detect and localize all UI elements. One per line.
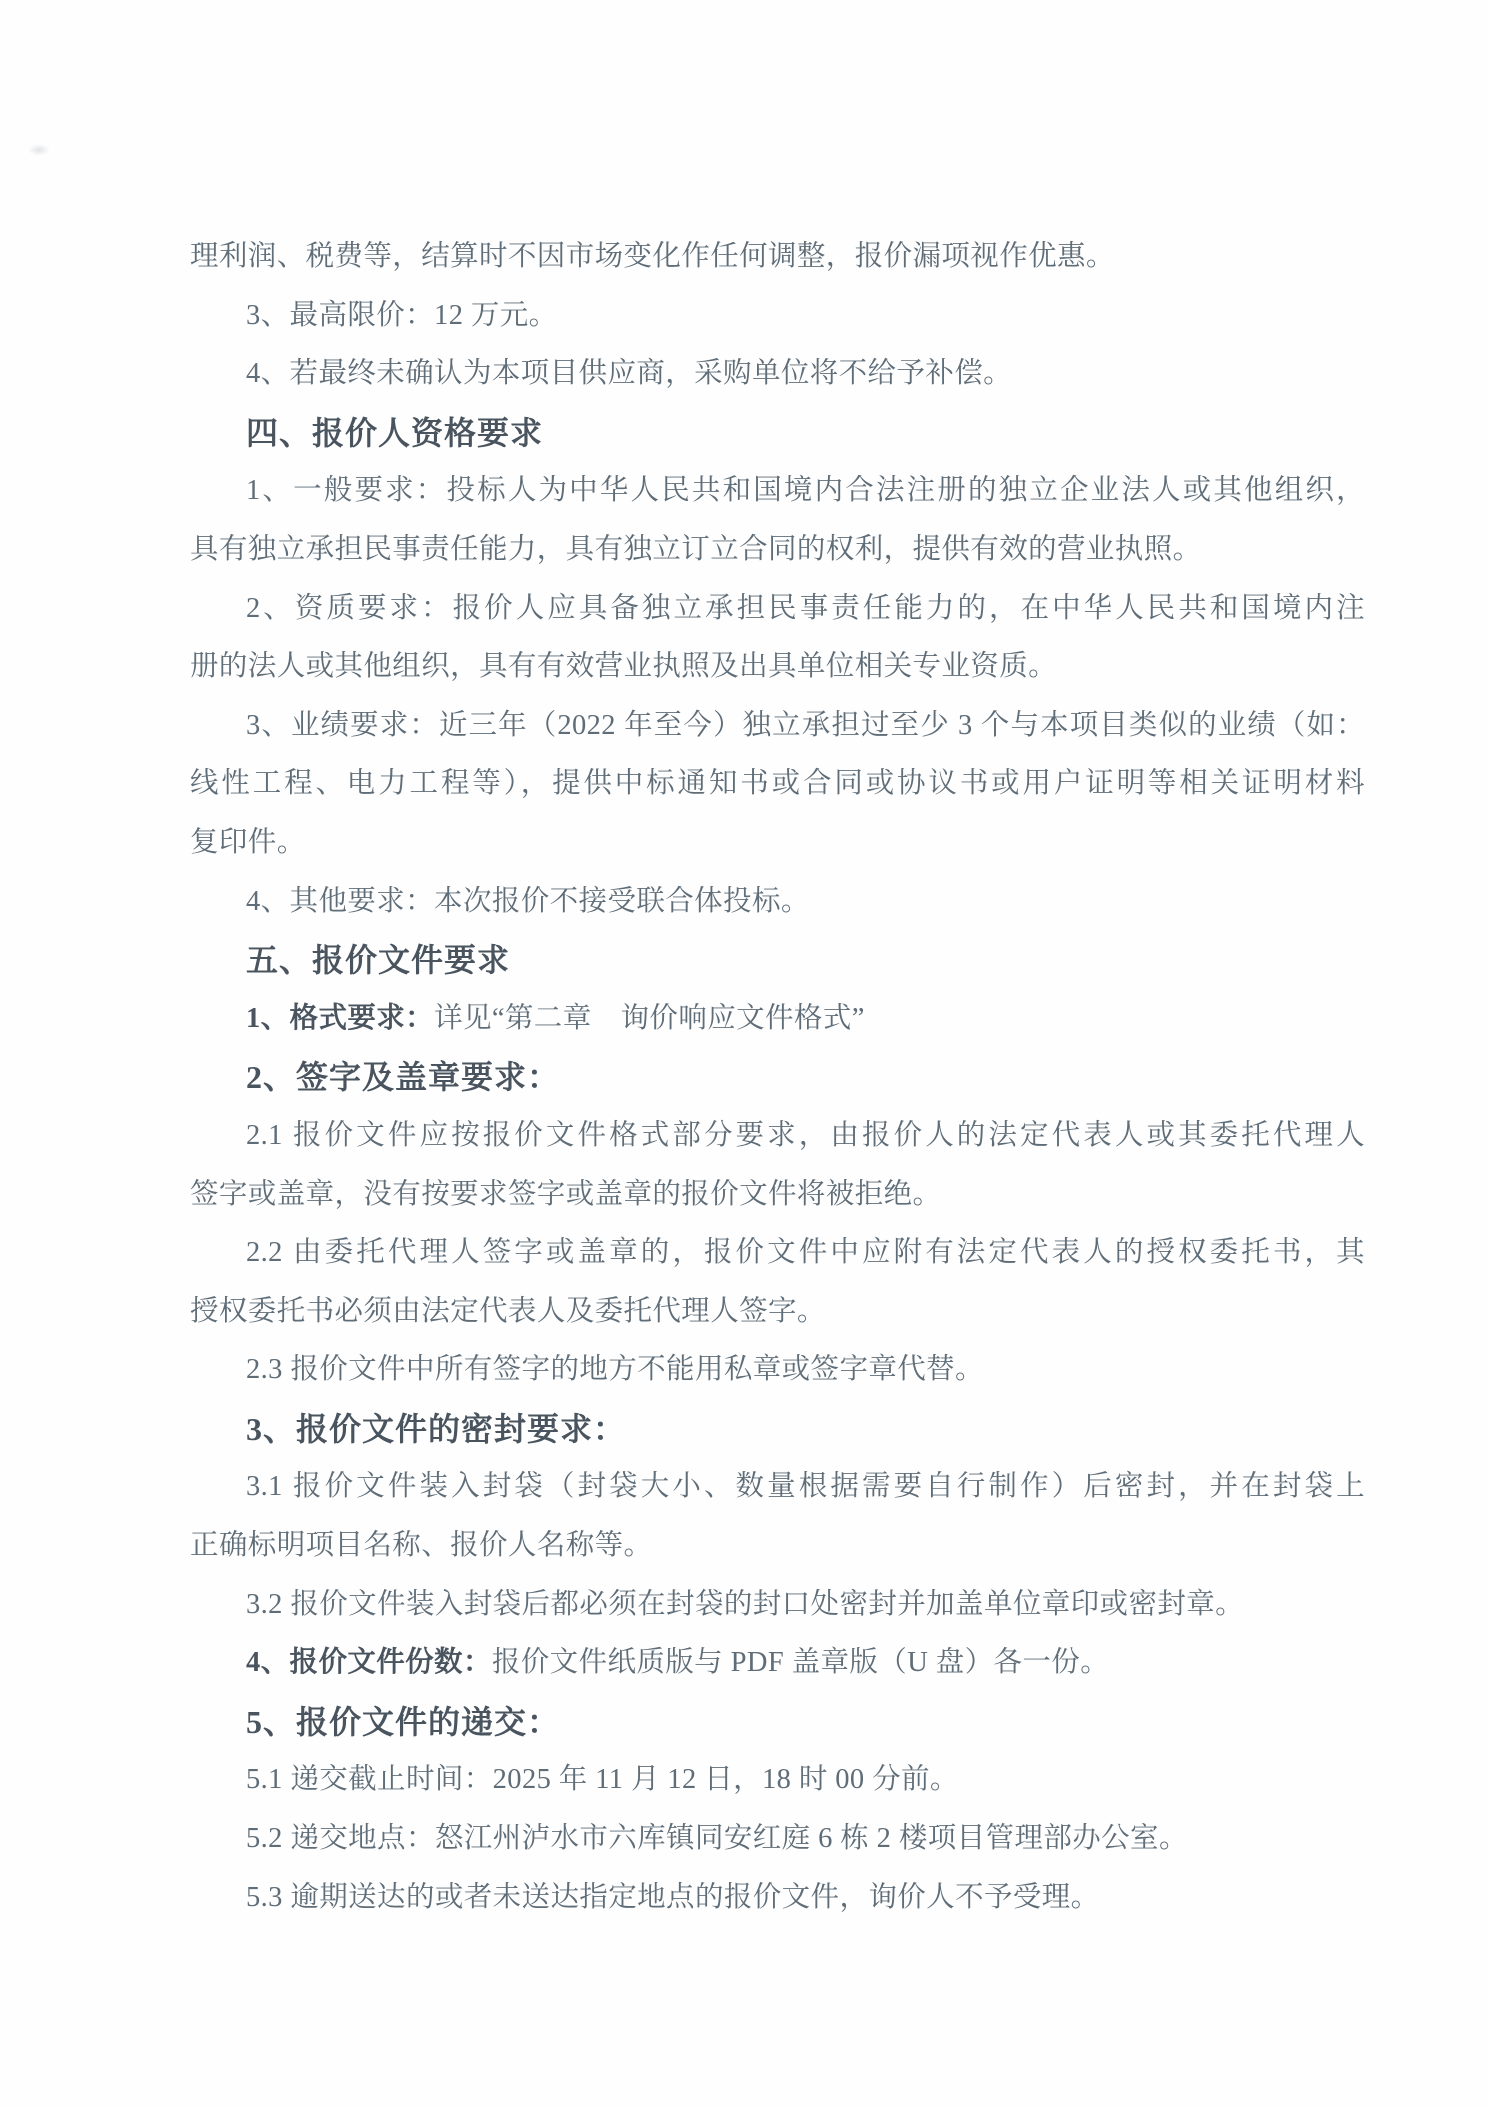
text-segment: 4、其他要求：本次报价不接受联合体投标。 [246, 886, 810, 917]
text-segment: 2、资质要求：报价人应具备独立承担民事责任能力的，在中华人民共和国境内注 [246, 593, 1365, 624]
text-segment: 详见“第二章 询价响应文件格式” [434, 1003, 865, 1034]
bold-text-segment: 四、报价人资格要求 [246, 415, 543, 451]
text-segment: 报价文件纸质版与 PDF 盖章版（U 盘）各一份。 [492, 1647, 1109, 1678]
text-line: 1、一般要求：投标人为中华人民共和国境内合法注册的独立企业法人或其他组织， [190, 462, 1365, 521]
text-segment: 正确标明项目名称、报价人名称等。 [190, 1530, 652, 1561]
text-segment: 3、最高限价：12 万元。 [246, 300, 558, 331]
section-heading-line: 五、报价文件要求 [190, 931, 1365, 990]
text-segment: 2.2 由委托代理人签字或盖章的，报价文件中应附有法定代表人的授权委托书，其 [246, 1237, 1365, 1268]
bold-text-segment: 4、报价文件份数： [246, 1647, 492, 1678]
text-segment: 4、若最终未确认为本项目供应商，采购单位将不给予补偿。 [246, 358, 1012, 389]
text-segment: 2.1 报价文件应按报价文件格式部分要求，由报价人的法定代表人或其委托代理人 [246, 1120, 1365, 1151]
document-content: 理利润、税费等，结算时不因市场变化作任何调整，报价漏项视作优惠。3、最高限价：1… [190, 228, 1365, 1927]
text-segment: 5.2 递交地点：怒江州泸水市六库镇同安红庭 6 栋 2 楼项目管理部办公室。 [246, 1823, 1188, 1854]
bold-text-segment: 1、格式要求： [246, 1003, 434, 1034]
text-segment: 签字或盖章，没有按要求签字或盖章的报价文件将被拒绝。 [190, 1179, 941, 1210]
text-line: 2.2 由委托代理人签字或盖章的，报价文件中应附有法定代表人的授权委托书，其 [190, 1224, 1365, 1283]
text-line: 理利润、税费等，结算时不因市场变化作任何调整，报价漏项视作优惠。 [190, 228, 1365, 287]
bold-text-segment: 3、报价文件的密封要求： [246, 1411, 626, 1447]
text-line: 册的法人或其他组织，具有有效营业执照及出具单位相关专业资质。 [190, 638, 1365, 697]
text-segment: 5.3 逾期送达的或者未送达指定地点的报价文件，询价人不予受理。 [246, 1882, 1100, 1913]
text-line: 线性工程、电力工程等），提供中标通知书或合同或协议书或用户证明等相关证明材料 [190, 755, 1365, 814]
text-segment: 线性工程、电力工程等），提供中标通知书或合同或协议书或用户证明等相关证明材料 [190, 768, 1365, 799]
text-segment: 3、业绩要求：近三年（2022 年至今）独立承担过至少 3 个与本项目类似的业绩… [246, 710, 1365, 741]
text-segment: 复印件。 [190, 827, 306, 858]
text-segment: 册的法人或其他组织，具有有效营业执照及出具单位相关专业资质。 [190, 651, 1057, 682]
text-line: 授权委托书必须由法定代表人及委托代理人签字。 [190, 1283, 1365, 1342]
text-line: 3.2 报价文件装入封袋后都必须在封袋的封口处密封并加盖单位章印或密封章。 [190, 1576, 1365, 1635]
text-line: 3、最高限价：12 万元。 [190, 287, 1365, 346]
text-line: 正确标明项目名称、报价人名称等。 [190, 1517, 1365, 1576]
bold-text-segment: 五、报价文件要求 [246, 942, 510, 978]
text-line: 5.3 逾期送达的或者未送达指定地点的报价文件，询价人不予受理。 [190, 1869, 1365, 1928]
text-segment: 3.2 报价文件装入封袋后都必须在封袋的封口处密封并加盖单位章印或密封章。 [246, 1589, 1244, 1620]
text-line: 复印件。 [190, 814, 1365, 873]
section-heading-line: 3、报价文件的密封要求： [190, 1400, 1365, 1459]
text-segment: 具有独立承担民事责任能力，具有独立订立合同的权利，提供有效的营业执照。 [190, 534, 1202, 565]
text-line: 签字或盖章，没有按要求签字或盖章的报价文件将被拒绝。 [190, 1166, 1365, 1225]
scan-artifact [28, 144, 50, 156]
text-line: 3、业绩要求：近三年（2022 年至今）独立承担过至少 3 个与本项目类似的业绩… [190, 697, 1365, 756]
text-segment: 理利润、税费等，结算时不因市场变化作任何调整，报价漏项视作优惠。 [190, 241, 1115, 272]
text-line: 5.1 递交截止时间：2025 年 11 月 12 日，18 时 00 分前。 [190, 1751, 1365, 1810]
section-heading-line: 四、报价人资格要求 [190, 404, 1365, 463]
text-line: 2.1 报价文件应按报价文件格式部分要求，由报价人的法定代表人或其委托代理人 [190, 1107, 1365, 1166]
text-segment: 3.1 报价文件装入封袋（封袋大小、数量根据需要自行制作）后密封，并在封袋上 [246, 1471, 1365, 1502]
text-line: 1、格式要求：详见“第二章 询价响应文件格式” [190, 990, 1365, 1049]
section-heading-line: 2、签字及盖章要求： [190, 1048, 1365, 1107]
bold-text-segment: 2、签字及盖章要求： [246, 1059, 560, 1095]
document-page: 理利润、税费等，结算时不因市场变化作任何调整，报价漏项视作优惠。3、最高限价：1… [0, 0, 1488, 2106]
text-line: 4、报价文件份数：报价文件纸质版与 PDF 盖章版（U 盘）各一份。 [190, 1634, 1365, 1693]
text-segment: 授权委托书必须由法定代表人及委托代理人签字。 [190, 1296, 826, 1327]
text-line: 4、若最终未确认为本项目供应商，采购单位将不给予补偿。 [190, 345, 1365, 404]
text-line: 5.2 递交地点：怒江州泸水市六库镇同安红庭 6 栋 2 楼项目管理部办公室。 [190, 1810, 1365, 1869]
text-line: 2.3 报价文件中所有签字的地方不能用私章或签字章代替。 [190, 1341, 1365, 1400]
text-segment: 2.3 报价文件中所有签字的地方不能用私章或签字章代替。 [246, 1354, 984, 1385]
text-line: 具有独立承担民事责任能力，具有独立订立合同的权利，提供有效的营业执照。 [190, 521, 1365, 580]
text-line: 2、资质要求：报价人应具备独立承担民事责任能力的，在中华人民共和国境内注 [190, 580, 1365, 639]
text-line: 3.1 报价文件装入封袋（封袋大小、数量根据需要自行制作）后密封，并在封袋上 [190, 1458, 1365, 1517]
text-line: 4、其他要求：本次报价不接受联合体投标。 [190, 873, 1365, 932]
section-heading-line: 5、报价文件的递交： [190, 1693, 1365, 1752]
text-segment: 1、一般要求：投标人为中华人民共和国境内合法注册的独立企业法人或其他组织， [246, 475, 1365, 506]
bold-text-segment: 5、报价文件的递交： [246, 1704, 560, 1740]
text-segment: 5.1 递交截止时间：2025 年 11 月 12 日，18 时 00 分前。 [246, 1764, 959, 1795]
